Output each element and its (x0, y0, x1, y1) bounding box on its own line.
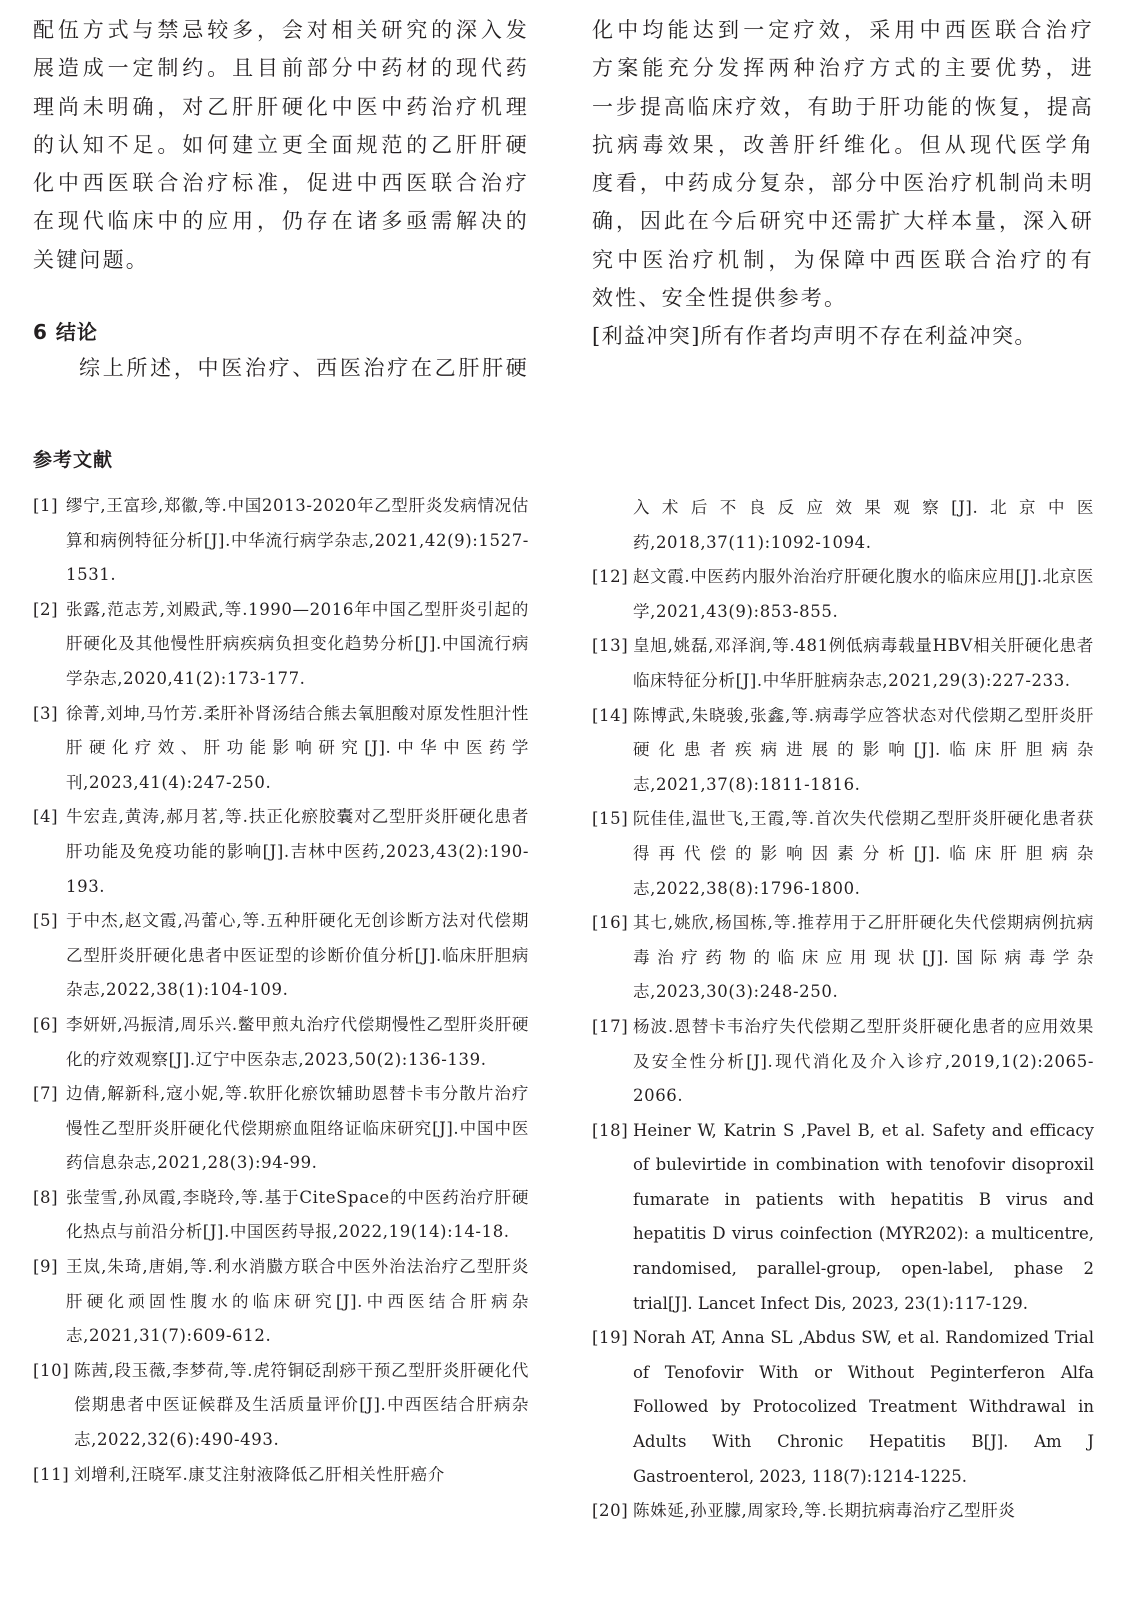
reference-text: 缪宁,王富珍,郑徽,等.中国2013-2020年乙型肝炎发病情况估算和病例特征分… (66, 489, 529, 593)
reference-text: 李妍妍,冯振清,周乐兴.鳖甲煎丸治疗代偿期慢性乙型肝炎肝硬化的疗效观察[J].辽… (66, 1008, 529, 1077)
reference-number: [14] (592, 699, 633, 803)
reference-item: [3]徐菁,刘坤,马竹芳.柔肝补肾汤结合熊去氧胆酸对原发性胆汁性肝硬化疗效、肝功… (33, 697, 529, 801)
reference-text: 于中杰,赵文霞,冯蕾心,等.五种肝硬化无创诊断方法对代偿期乙型肝炎肝硬化患者中医… (66, 904, 529, 1008)
reference-item: [13]皇旭,姚磊,邓泽润,等.481例低病毒载量HBV相关肝硬化患者临床特征分… (592, 629, 1094, 698)
reference-number: [16] (592, 906, 633, 1010)
reference-number: [11] (33, 1458, 74, 1493)
reference-text: 赵文霞.中医药内服外治治疗肝硬化腹水的临床应用[J].北京医学,2021,43(… (633, 560, 1094, 629)
reference-text: 张露,范志芳,刘殿武,等.1990—2016年中国乙型肝炎引起的肝硬化及其他慢性… (66, 593, 529, 697)
references-left-column: [1]缪宁,王富珍,郑徽,等.中国2013-2020年乙型肝炎发病情况估算和病例… (33, 489, 529, 1492)
text-line: 化中西医联合治疗标准，促进中西医联合治疗 (33, 164, 529, 202)
reference-item: [2]张露,范志芳,刘殿武,等.1990—2016年中国乙型肝炎引起的肝硬化及其… (33, 593, 529, 697)
reference-number: [13] (592, 629, 633, 698)
text-line: 展造成一定制约。且目前部分中药材的现代药 (33, 49, 529, 87)
reference-item: [14]陈博武,朱晓骏,张鑫,等.病毒学应答状态对代偿期乙型肝炎肝硬化患者疾病进… (592, 699, 1094, 803)
conclusion-paragraph: 化中均能达到一定疗效，采用中西医联合治疗 方案能充分发挥两种治疗方式的主要优势，… (592, 11, 1094, 317)
reference-text: 陈茜,段玉薇,李梦荷,等.虎符铜砭刮痧干预乙型肝炎肝硬化代偿期患者中医证候群及生… (74, 1354, 529, 1458)
section-heading-conclusion: 6 结论 (33, 316, 98, 345)
reference-item: [12]赵文霞.中医药内服外治治疗肝硬化腹水的临床应用[J].北京医学,2021… (592, 560, 1094, 629)
text-line: 度看，中药成分复杂，部分中医治疗机制尚未明 (592, 164, 1094, 202)
reference-text: Norah AT, Anna SL ,Abdus SW, et al. Rand… (633, 1321, 1094, 1494)
reference-text: 阮佳佳,温世飞,王霞,等.首次失代偿期乙型肝炎肝硬化患者获得再代偿的影响因素分析… (633, 802, 1094, 906)
reference-number: [12] (592, 560, 633, 629)
text-line: 理尚未明确，对乙肝肝硬化中医中药治疗机理 (33, 88, 529, 126)
text-line: 关键问题。 (33, 241, 529, 279)
reference-number: [17] (592, 1010, 633, 1114)
reference-number: [9] (33, 1250, 66, 1354)
reference-continuation: 入术后不良反应效果观察[J].北京中医药,2018,37(11):1092-10… (592, 491, 1094, 560)
reference-item: [16]其七,姚欣,杨国栋,等.推荐用于乙肝肝硬化失代偿期病例抗病毒治疗药物的临… (592, 906, 1094, 1010)
reference-number: [20] (592, 1494, 633, 1529)
text-line: 的认知不足。如何建立更全面规范的乙肝肝硬 (33, 126, 529, 164)
reference-number: [4] (33, 800, 66, 904)
text-line: 综上所述，中医治疗、西医治疗在乙肝肝硬 (33, 349, 529, 387)
right-body-column: 化中均能达到一定疗效，采用中西医联合治疗 方案能充分发挥两种治疗方式的主要优势，… (592, 11, 1094, 356)
reference-text: 陈姝延,孙亚朦,周家玲,等.长期抗病毒治疗乙型肝炎 (633, 1494, 1094, 1529)
reference-text: 陈博武,朱晓骏,张鑫,等.病毒学应答状态对代偿期乙型肝炎肝硬化患者疾病进展的影响… (633, 699, 1094, 803)
reference-item: [11]刘增利,汪晓军.康艾注射液降低乙肝相关性肝癌介 (33, 1458, 529, 1493)
text-line: 方案能充分发挥两种治疗方式的主要优势，进 (592, 49, 1094, 87)
discussion-paragraph-end: 配伍方式与禁忌较多，会对相关研究的深入发 展造成一定制约。且目前部分中药材的现代… (33, 11, 529, 279)
reference-text: 其七,姚欣,杨国栋,等.推荐用于乙肝肝硬化失代偿期病例抗病毒治疗药物的临床应用现… (633, 906, 1094, 1010)
reference-item: [7]边倩,解新科,寇小妮,等.软肝化瘀饮辅助恩替卡韦分散片治疗慢性乙型肝炎肝硬… (33, 1077, 529, 1181)
reference-item: [19]Norah AT, Anna SL ,Abdus SW, et al. … (592, 1321, 1094, 1494)
reference-text: 牛宏垚,黄涛,郝月茗,等.扶正化瘀胶囊对乙型肝炎肝硬化患者肝功能及免疫功能的影响… (66, 800, 529, 904)
references-right-column: 入术后不良反应效果观察[J].北京中医药,2018,37(11):1092-10… (592, 491, 1094, 1529)
reference-item: [6]李妍妍,冯振清,周乐兴.鳖甲煎丸治疗代偿期慢性乙型肝炎肝硬化的疗效观察[J… (33, 1008, 529, 1077)
reference-number: [5] (33, 904, 66, 1008)
reference-item: [18]Heiner W, Katrin S ,Pavel B, et al. … (592, 1114, 1094, 1322)
reference-item: [8]张莹雪,孙凤霞,李晓玲,等.基于CiteSpace的中医药治疗肝硬化热点与… (33, 1181, 529, 1250)
reference-number: [7] (33, 1077, 66, 1181)
reference-item: [17]杨波.恩替卡韦治疗失代偿期乙型肝炎肝硬化患者的应用效果及安全性分析[J]… (592, 1010, 1094, 1114)
reference-text: 皇旭,姚磊,邓泽润,等.481例低病毒载量HBV相关肝硬化患者临床特征分析[J]… (633, 629, 1094, 698)
reference-item: [10]陈茜,段玉薇,李梦荷,等.虎符铜砭刮痧干预乙型肝炎肝硬化代偿期患者中医证… (33, 1354, 529, 1458)
conclusion-first-line: 综上所述，中医治疗、西医治疗在乙肝肝硬 (33, 349, 529, 387)
text-line: 确，因此在今后研究中还需扩大样本量，深入研 (592, 202, 1094, 240)
reference-item: [4]牛宏垚,黄涛,郝月茗,等.扶正化瘀胶囊对乙型肝炎肝硬化患者肝功能及免疫功能… (33, 800, 529, 904)
reference-number: [10] (33, 1354, 74, 1458)
reference-item: [9]王岚,朱琦,唐娟,等.利水消臌方联合中医外治法治疗乙型肝炎肝硬化顽固性腹水… (33, 1250, 529, 1354)
reference-number: [2] (33, 593, 66, 697)
text-line: 抗病毒效果，改善肝纤维化。但从现代医学角 (592, 126, 1094, 164)
reference-text: 边倩,解新科,寇小妮,等.软肝化瘀饮辅助恩替卡韦分散片治疗慢性乙型肝炎肝硬化代偿… (66, 1077, 529, 1181)
reference-text: Heiner W, Katrin S ,Pavel B, et al. Safe… (633, 1114, 1094, 1322)
reference-number: [15] (592, 802, 633, 906)
reference-item: [5]于中杰,赵文霞,冯蕾心,等.五种肝硬化无创诊断方法对代偿期乙型肝炎肝硬化患… (33, 904, 529, 1008)
text-line: 效性、安全性提供参考。 (592, 279, 1094, 317)
reference-number: [19] (592, 1321, 633, 1494)
reference-text: 王岚,朱琦,唐娟,等.利水消臌方联合中医外治法治疗乙型肝炎肝硬化顽固性腹水的临床… (66, 1250, 529, 1354)
text-line: 一步提高临床疗效，有助于肝功能的恢复，提高 (592, 88, 1094, 126)
reference-item: [20]陈姝延,孙亚朦,周家玲,等.长期抗病毒治疗乙型肝炎 (592, 1494, 1094, 1529)
reference-item: [1]缪宁,王富珍,郑徽,等.中国2013-2020年乙型肝炎发病情况估算和病例… (33, 489, 529, 593)
reference-text: 徐菁,刘坤,马竹芳.柔肝补肾汤结合熊去氧胆酸对原发性胆汁性肝硬化疗效、肝功能影响… (66, 697, 529, 801)
reference-number: [8] (33, 1181, 66, 1250)
reference-number: [3] (33, 697, 66, 801)
reference-text: 杨波.恩替卡韦治疗失代偿期乙型肝炎肝硬化患者的应用效果及安全性分析[J].现代消… (633, 1010, 1094, 1114)
left-body-column: 配伍方式与禁忌较多，会对相关研究的深入发 展造成一定制约。且目前部分中药材的现代… (33, 11, 529, 279)
references-heading: 参考文献 (33, 445, 113, 472)
reference-number: [6] (33, 1008, 66, 1077)
reference-text: 张莹雪,孙凤霞,李晓玲,等.基于CiteSpace的中医药治疗肝硬化热点与前沿分… (66, 1181, 529, 1250)
reference-item: [15]阮佳佳,温世飞,王霞,等.首次失代偿期乙型肝炎肝硬化患者获得再代偿的影响… (592, 802, 1094, 906)
text-line: 化中均能达到一定疗效，采用中西医联合治疗 (592, 11, 1094, 49)
text-line: 配伍方式与禁忌较多，会对相关研究的深入发 (33, 11, 529, 49)
text-line: 究中医治疗机制，为保障中西医联合治疗的有 (592, 241, 1094, 279)
conflict-of-interest-statement: [利益冲突]所有作者均声明不存在利益冲突。 (592, 317, 1094, 355)
reference-text: 刘增利,汪晓军.康艾注射液降低乙肝相关性肝癌介 (74, 1458, 529, 1493)
reference-number: [18] (592, 1114, 633, 1322)
reference-number: [1] (33, 489, 66, 593)
text-line: 在现代临床中的应用，仍存在诸多亟需解决的 (33, 202, 529, 240)
